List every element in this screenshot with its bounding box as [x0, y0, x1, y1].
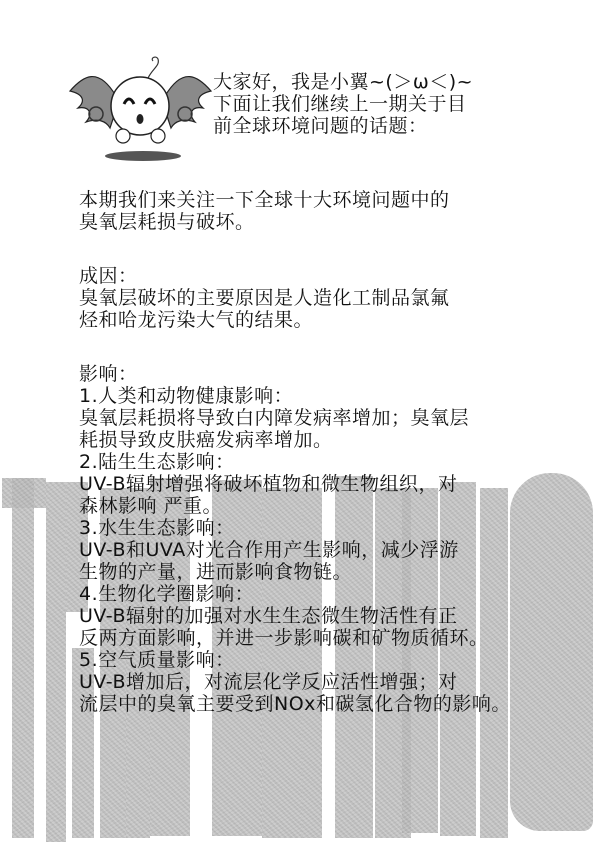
- effect-line: 森林影响 严重。: [79, 495, 511, 517]
- effect-title: 1.人类和动物健康影响：: [79, 385, 511, 407]
- effect-line: UV-B辐射的加强对水生生态微生物活性有正: [79, 605, 511, 627]
- watermark-letter-bar: [12, 478, 34, 838]
- greeting-line: 下面让我们继续上一期关于目: [213, 93, 473, 115]
- greeting-line: 大家好，我是小翼~(＞ω＜)~: [213, 71, 473, 93]
- effect-line: 流层中的臭氧主要受到NOx和碳氢化合物的影响。: [79, 693, 511, 715]
- article-body: 本期我们来关注一下全球十大环境问题中的 臭氧层耗损与破坏。 成因： 臭氧层破坏的…: [79, 189, 511, 715]
- effect-line: UV-B增加后，对流层化学反应活性增强；对: [79, 671, 511, 693]
- effect-line: 反两方面影响，并进一步影响碳和矿物质循环。: [79, 627, 511, 649]
- effect-line: 生物的产量，进而影响食物链。: [79, 561, 511, 583]
- effect-title: 2.陆生生态影响：: [79, 451, 511, 473]
- effects-heading: 影响：: [79, 363, 511, 385]
- intro-line: 本期我们来关注一下全球十大环境问题中的: [79, 189, 511, 211]
- cause-line: 烃和哈龙污染大气的结果。: [79, 309, 511, 331]
- effect-line: UV-B辐射增强将破坏植物和微生物组织，对: [79, 473, 511, 495]
- effect-title: 3.水生生态影响：: [79, 517, 511, 539]
- greeting-block: 大家好，我是小翼~(＞ω＜)~ 下面让我们继续上一期关于目 前全球环境问题的话题…: [213, 71, 473, 137]
- effect-title: 4.生物化学圈影响：: [79, 583, 511, 605]
- greeting-line: 前全球环境问题的话题：: [213, 115, 473, 137]
- cause-heading: 成因：: [79, 265, 511, 287]
- mascot: [68, 56, 213, 164]
- winged-mascot-icon: [68, 56, 213, 164]
- effect-title: 5.空气质量影响：: [79, 649, 511, 671]
- effect-line: 臭氧层耗损将导致白内障发病率增加；臭氧层: [79, 407, 511, 429]
- intro-line: 臭氧层耗损与破坏。: [79, 211, 511, 233]
- cause-line: 臭氧层破坏的主要原因是人造化工制品氯氟: [79, 287, 511, 309]
- effect-line: 耗损导致皮肤癌发病率增加。: [79, 429, 511, 451]
- watermark-letter-bar: [510, 473, 593, 831]
- effect-line: UV-B和UVA对光合作用产生影响，减少浮游: [79, 539, 511, 561]
- watermark-letter-bar: [46, 482, 66, 842]
